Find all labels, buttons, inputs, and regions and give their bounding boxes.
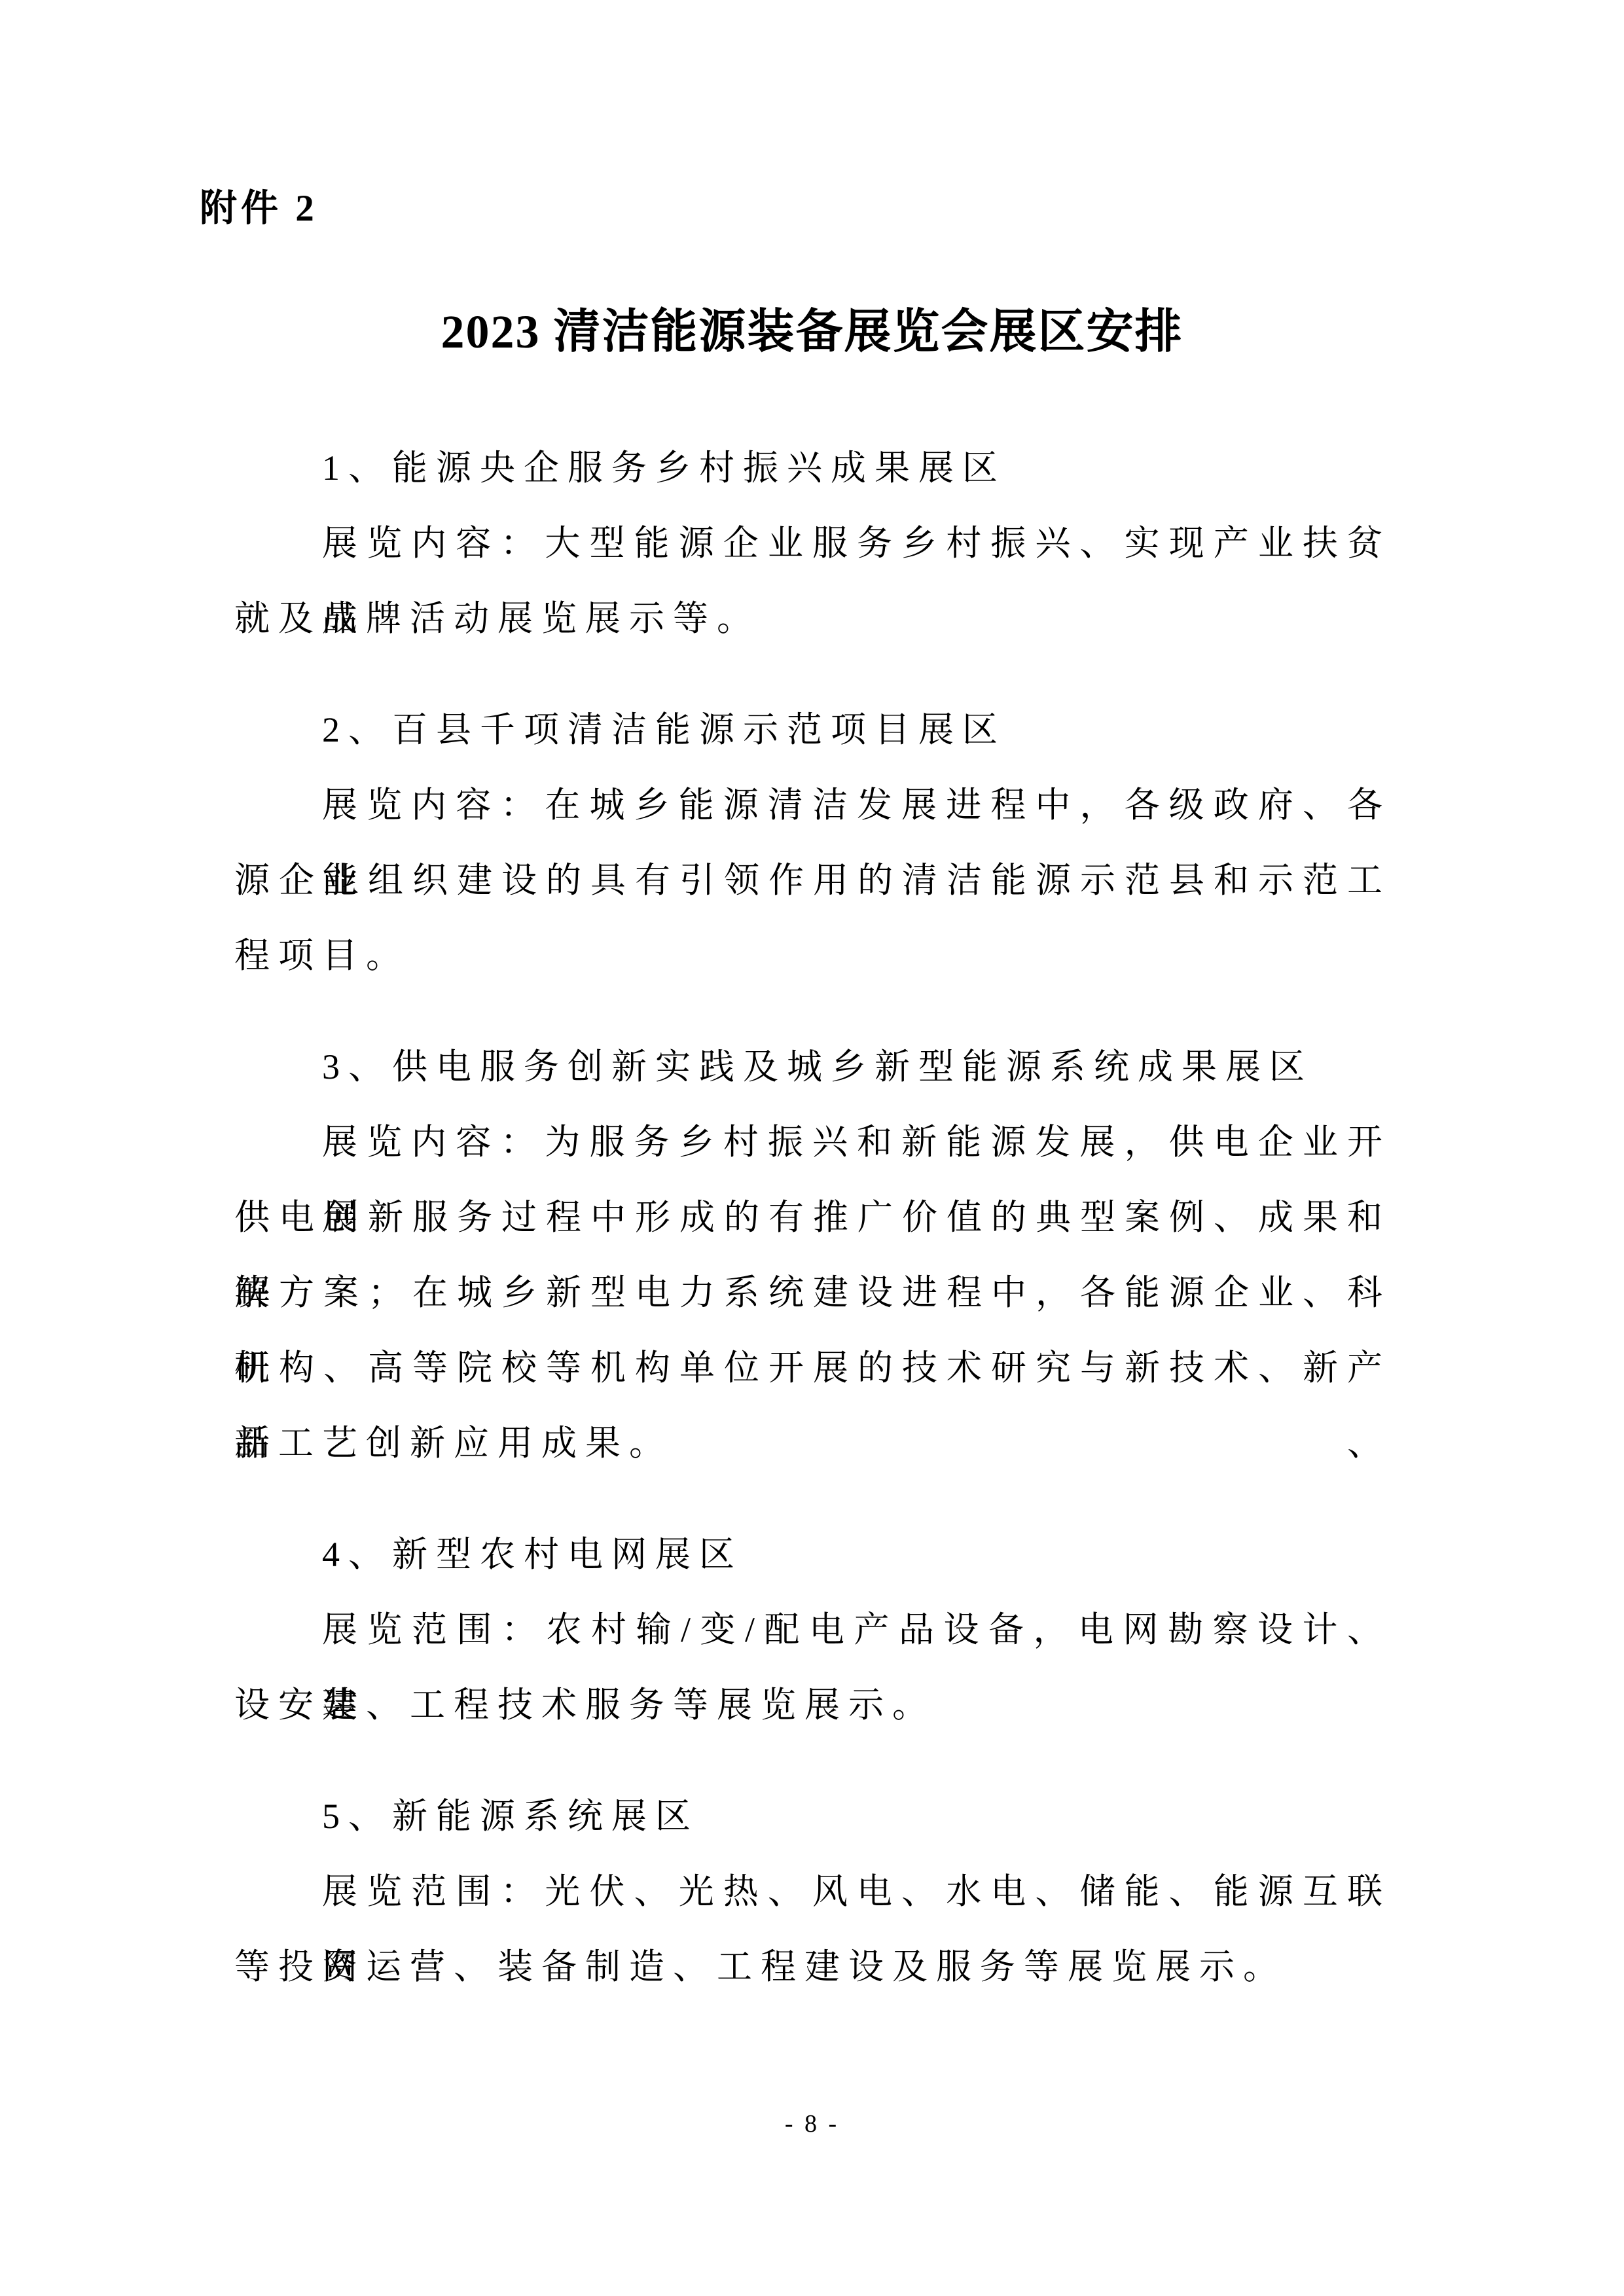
section-3: 3、供电服务创新实践及城乡新型能源系统成果展区 展览内容：为服务乡村振兴和新能源… [234, 1030, 1390, 1481]
paragraph-line: 展览范围：光伏、光热、风电、水电、储能、能源互联网 [234, 1854, 1390, 1929]
paragraph-line: 就及品牌活动展览展示等。 [234, 581, 1390, 656]
paragraph-line: 机构、高等院校等机构单位开展的技术研究与新技术、新产品、 [234, 1331, 1390, 1406]
section-5: 5、新能源系统展区 展览范围：光伏、光热、风电、水电、储能、能源互联网 等投资运… [234, 1779, 1390, 2005]
document-title: 2023 清洁能源装备展览会展区安排 [0, 302, 1624, 361]
section-heading: 5、新能源系统展区 [234, 1779, 1390, 1854]
paragraph-line: 展览范围：农村输/变/配电产品设备，电网勘察设计、建 [234, 1592, 1390, 1668]
paragraph-line: 源企业组织建设的具有引领作用的清洁能源示范县和示范工 [234, 843, 1390, 918]
section-4: 4、新型农村电网展区 展览范围：农村输/变/配电产品设备，电网勘察设计、建 设安… [234, 1517, 1390, 1743]
document-page: 附件 2 2023 清洁能源装备展览会展区安排 1、能源央企服务乡村振兴成果展区… [0, 0, 1624, 2296]
paragraph-line: 程项目。 [234, 918, 1390, 994]
section-heading: 1、能源央企服务乡村振兴成果展区 [234, 431, 1390, 506]
paragraph-line: 展览内容：在城乡能源清洁发展进程中，各级政府、各能 [234, 768, 1390, 843]
section-1: 1、能源央企服务乡村振兴成果展区 展览内容：大型能源企业服务乡村振兴、实现产业扶… [234, 431, 1390, 656]
paragraph-line: 设安装、工程技术服务等展览展示。 [234, 1668, 1390, 1743]
section-heading: 2、百县千项清洁能源示范项目展区 [234, 692, 1390, 768]
section-heading: 4、新型农村电网展区 [234, 1517, 1390, 1592]
section-heading: 3、供电服务创新实践及城乡新型能源系统成果展区 [234, 1030, 1390, 1105]
section-2: 2、百县千项清洁能源示范项目展区 展览内容：在城乡能源清洁发展进程中，各级政府、… [234, 692, 1390, 994]
paragraph-line: 决方案；在城乡新型电力系统建设进程中，各能源企业、科研 [234, 1255, 1390, 1331]
paragraph-line: 供电创新服务过程中形成的有推广价值的典型案例、成果和解 [234, 1180, 1390, 1255]
paragraph-line: 展览内容：大型能源企业服务乡村振兴、实现产业扶贫成 [234, 506, 1390, 581]
attachment-label: 附件 2 [200, 188, 318, 229]
page-number: - 8 - [0, 2109, 1624, 2139]
paragraph-line: 展览内容：为服务乡村振兴和新能源发展，供电企业开展 [234, 1105, 1390, 1180]
paragraph-line: 等投资运营、装备制造、工程建设及服务等展览展示。 [234, 1929, 1390, 2005]
document-body: 1、能源央企服务乡村振兴成果展区 展览内容：大型能源企业服务乡村振兴、实现产业扶… [234, 431, 1390, 2005]
